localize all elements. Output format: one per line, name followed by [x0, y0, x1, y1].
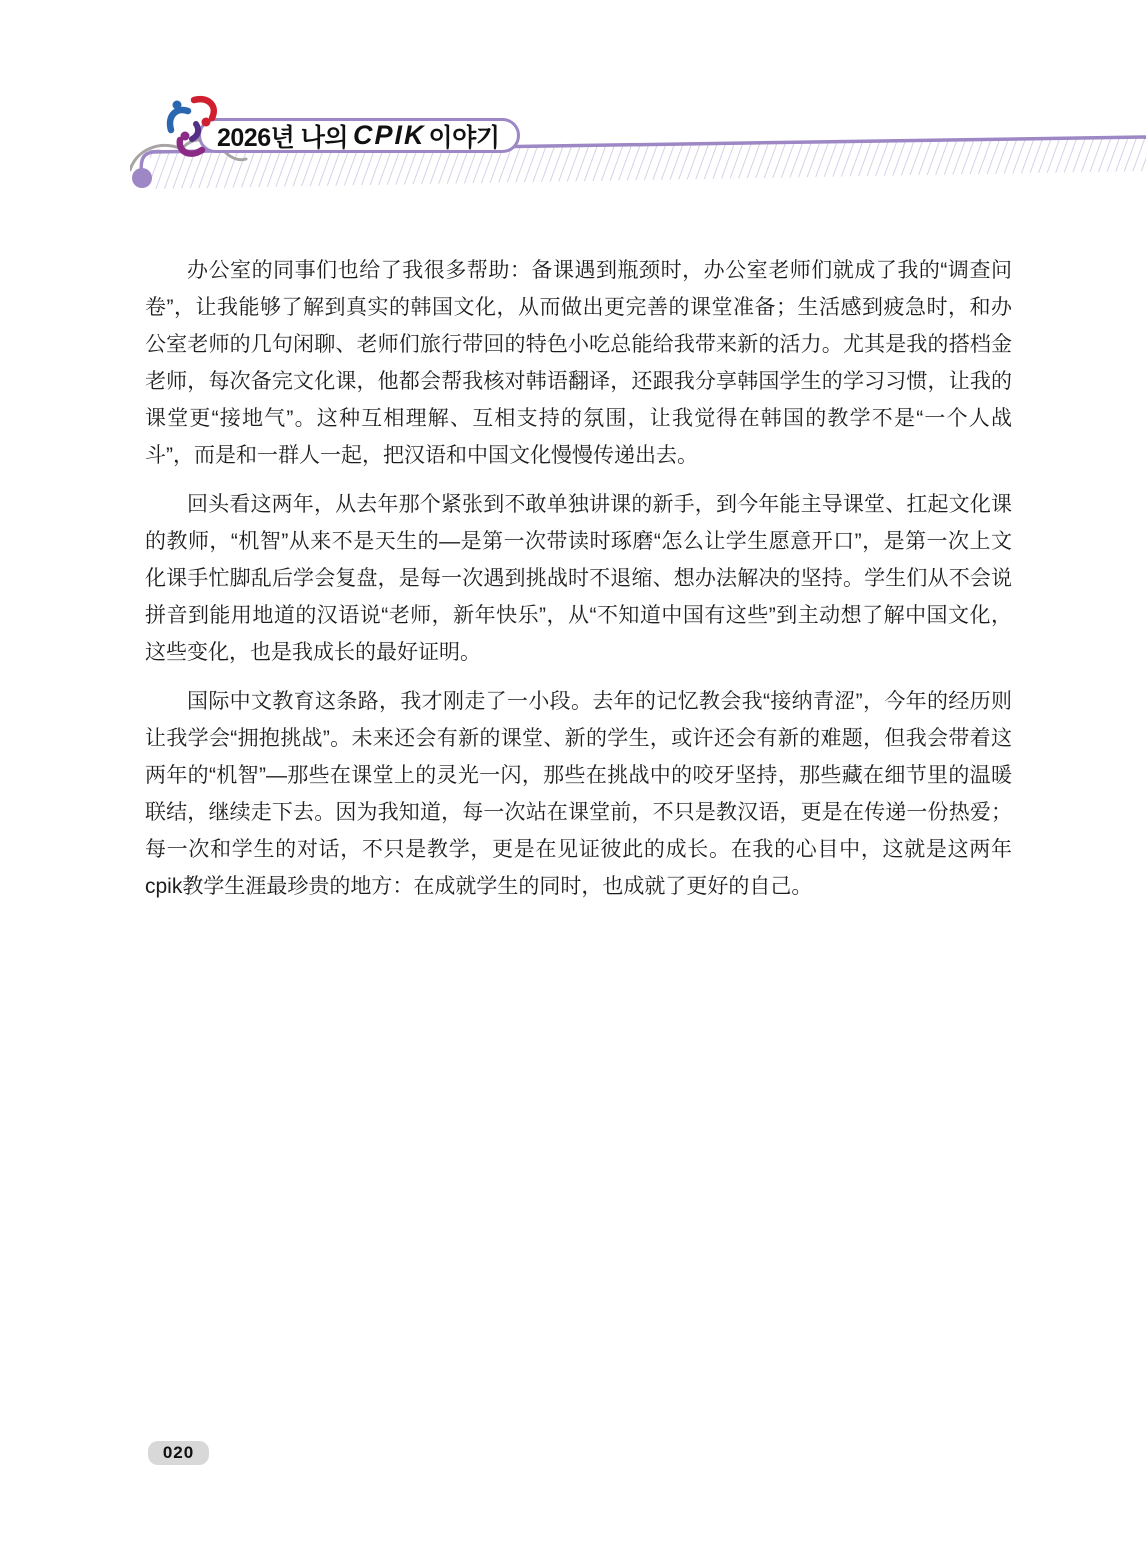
page-number-badge: 020: [148, 1441, 209, 1465]
page: 2026년 나의 CPIK 이야기 办公室的同事们也给了我很多帮助：备课遇到瓶颈…: [0, 0, 1146, 1555]
header-title-pill: 2026년 나의 CPIK 이야기: [198, 118, 520, 153]
paragraph-1: 办公室的同事们也给了我很多帮助：备课遇到瓶颈时，办公室老师们就成了我的“调查问卷…: [145, 252, 1012, 474]
header-title-cpik: CPIK: [353, 120, 426, 151]
paragraph-2: 回头看这两年，从去年那个紧张到不敢单独讲课的新手，到今年能主导课堂、扛起文化课的…: [145, 486, 1012, 671]
header-title-prefix: 2026년 나의: [217, 118, 348, 154]
header-title-suffix: 이야기: [429, 118, 500, 154]
page-number: 020: [163, 1443, 194, 1463]
band-end-dot: [132, 168, 152, 188]
article-body: 办公室的同事们也给了我很多帮助：备课遇到瓶颈时，办公室老师们就成了我的“调查问卷…: [145, 252, 1012, 917]
paragraph-3: 国际中文教育这条路，我才刚走了一小段。去年的记忆教会我“接纳青涩”，今年的经历则…: [145, 683, 1012, 905]
cpik-logo-icon: [158, 94, 228, 166]
